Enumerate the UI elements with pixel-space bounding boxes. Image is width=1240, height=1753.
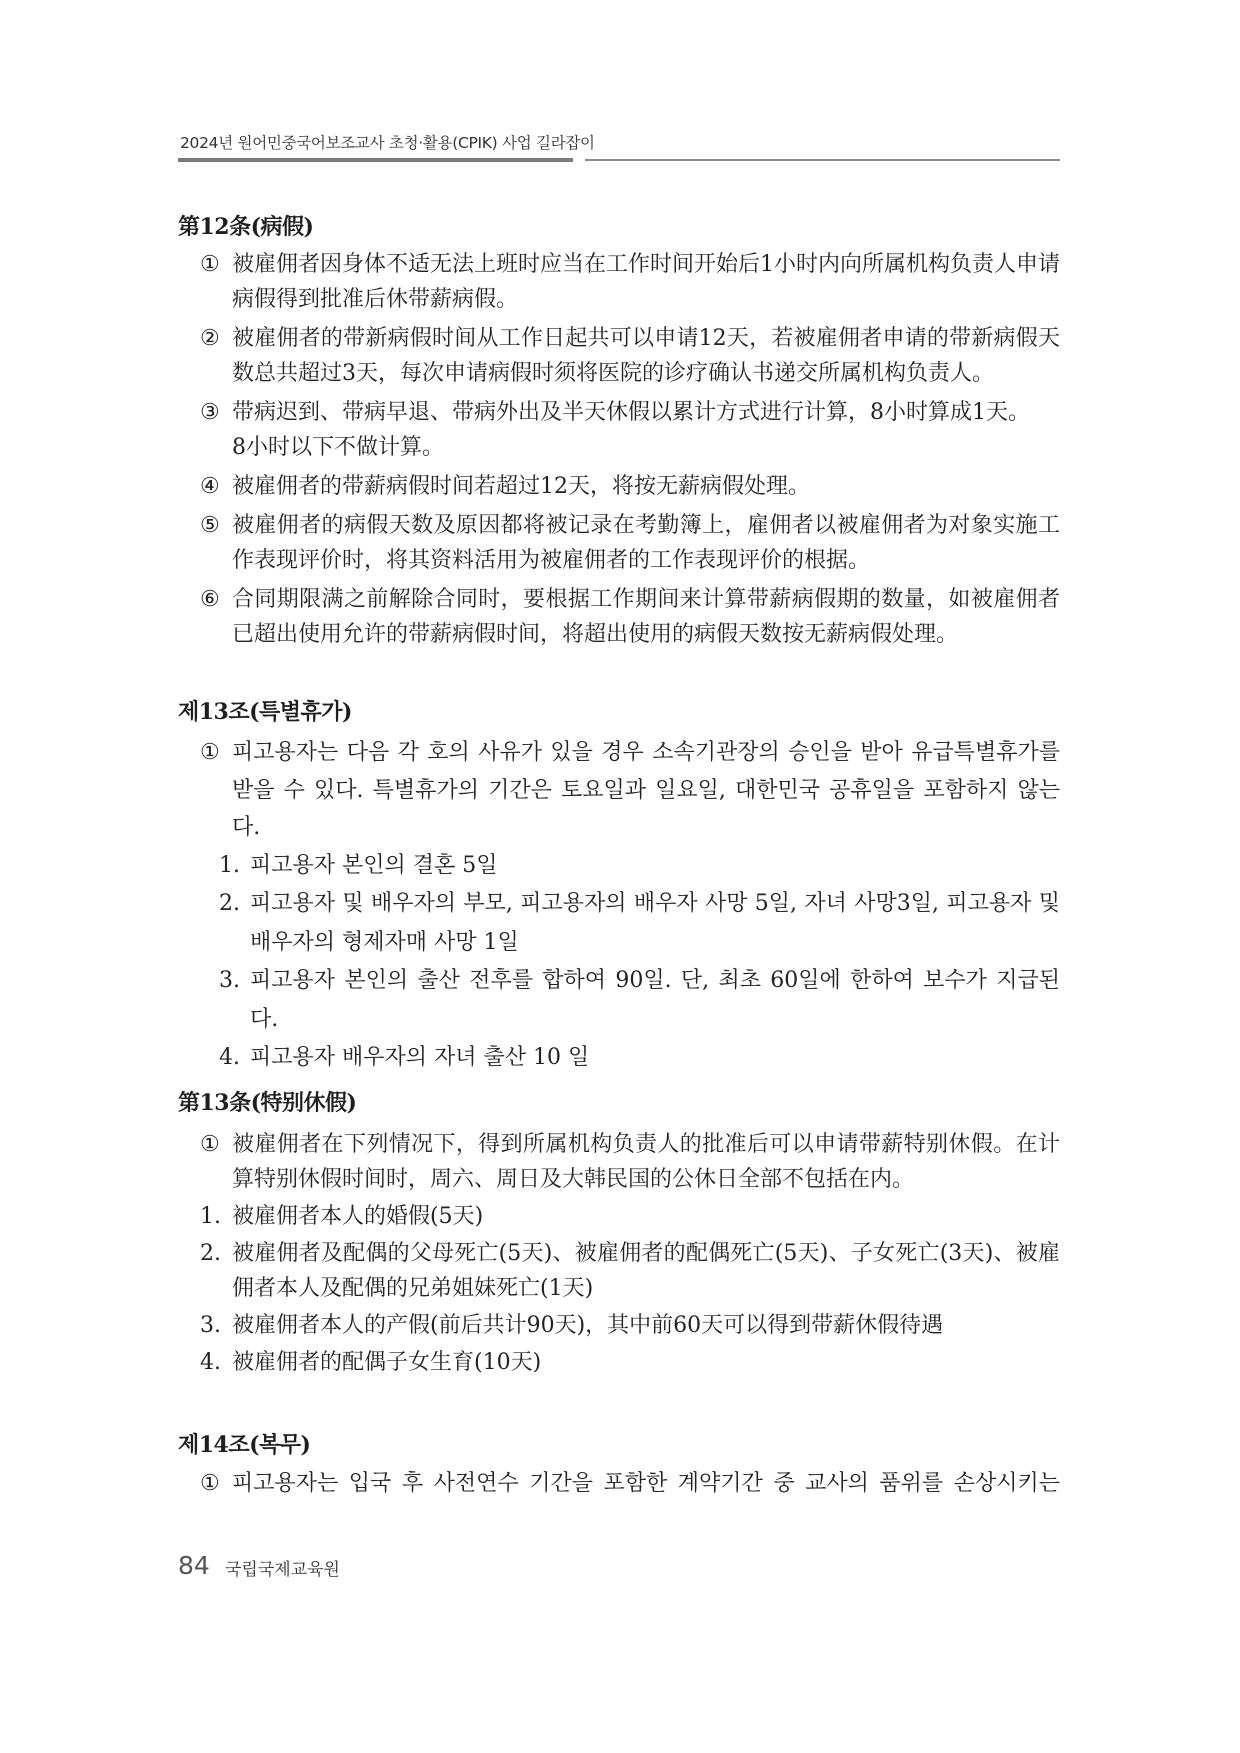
sub-item-marker: 3. <box>200 1308 221 1343</box>
clause-marker: ② <box>200 321 220 356</box>
running-header-title: 2024년 원어민중국어보조교사 초청·활용(CPIK) 사업 길라잡이 <box>180 131 595 153</box>
clause-marker: ① <box>200 247 220 282</box>
article-heading: 第12条(病假) <box>178 209 1060 245</box>
clause-marker: ① <box>200 1127 220 1162</box>
sub-item-text: 피고용자 및 배우자의 부모, 피고용자의 배우자 사망 5일, 자녀 사망3일… <box>250 891 1060 955</box>
sub-item-marker: 2. <box>200 1236 221 1271</box>
sub-item: 3. 피고용자 본인의 출산 전후를 합하여 90일. 단, 최초 60일에 한… <box>178 962 1060 1039</box>
sub-item-marker: 4. <box>200 1345 221 1380</box>
clause-text: 被雇佣者的带薪病假时间若超过12天，将按无薪病假处理。 <box>232 474 810 499</box>
clause-item: ① 被雇佣者在下列情况下，得到所属机构负责人的批准后可以申请带薪特别休假。在计算… <box>178 1127 1060 1197</box>
clause-item: ① 被雇佣者因身体不适无法上班时应当在工作时间开始后1小时内向所属机构负责人申请… <box>178 247 1060 317</box>
clause-item: ① 피고용자는 다음 각 호의 사유가 있을 경우 소속기관장의 승인을 받아 … <box>178 734 1060 847</box>
page-number: 84 <box>178 1551 210 1580</box>
clause-text: 合同期限满之前解除合同时，要根据工作期间来计算带薪病假期的数量，如被雇佣者已超出… <box>232 587 1060 647</box>
sub-item-text: 피고용자 배우자의 자녀 출산 10 일 <box>250 1045 589 1070</box>
sub-item-marker: 2. <box>219 885 240 924</box>
article-12-zh: 第12条(病假) ① 被雇佣者因身体不适无法上班时应当在工作时间开始后1小时内向… <box>178 209 1060 652</box>
sub-item: 2. 피고용자 및 배우자의 부모, 피고용자의 배우자 사망 5일, 자녀 사… <box>178 885 1060 962</box>
clause-item: ⑤ 被雇佣者的病假天数及原因都将被记录在考勤簿上，雇佣者以被雇佣者为对象实施工作… <box>178 508 1060 578</box>
clause-text: 被雇佣者因身体不适无法上班时应当在工作时间开始后1小时内向所属机构负责人申请病假… <box>232 252 1060 312</box>
sub-item-text: 피고용자 본인의 출산 전후를 합하여 90일. 단, 최초 60일에 한하여 … <box>250 968 1060 1032</box>
sub-item-marker: 1. <box>219 847 240 886</box>
sub-item-marker: 4. <box>219 1039 240 1078</box>
article-13-ko: 제13조(특별휴가) ① 피고용자는 다음 각 호의 사유가 있을 경우 소속기… <box>178 693 1060 1078</box>
sub-item: 3. 被雇佣者本人的产假(前后共计90天)，其中前60天可以得到带薪休假待遇 <box>178 1308 1060 1343</box>
clause-item: ⑥ 合同期限满之前解除合同时，要根据工作期间来计算带薪病假期的数量，如被雇佣者已… <box>178 582 1060 652</box>
publisher-name: 국립국제교육원 <box>225 1555 340 1580</box>
clause-item: ① 피고용자는 입국 후 사전연수 기간을 포함한 계약기간 중 교사의 품위를… <box>178 1465 1060 1504</box>
clause-marker: ⑥ <box>200 582 220 617</box>
clause-text: 피고용자는 입국 후 사전연수 기간을 포함한 계약기간 중 교사의 품위를 손… <box>232 1471 1060 1496</box>
sub-item-text: 피고용자 본인의 결혼 5일 <box>250 853 498 878</box>
clause-marker: ① <box>200 734 220 772</box>
clause-text: 带病迟到、带病早退、带病外出及半天休假以累计方式进行计算，8小时算成1天。 <box>232 400 1030 425</box>
clause-item: ② 被雇佣者的带新病假时间从工作日起共可以申请12天，若被雇佣者申请的带新病假天… <box>178 321 1060 391</box>
header-rule-thick <box>178 158 573 162</box>
sub-item-text: 被雇佣者及配偶的父母死亡(5天)、被雇佣者的配偶死亡(5天)、子女死亡(3天)、… <box>232 1241 1060 1301</box>
clause-text: 피고용자는 다음 각 호의 사유가 있을 경우 소속기관장의 승인을 받아 유급… <box>232 740 1060 840</box>
clause-text: 被雇佣者的带新病假时间从工作日起共可以申请12天，若被雇佣者申请的带新病假天数总… <box>232 326 1060 386</box>
sub-item-text: 被雇佣者本人的婚假(5天) <box>232 1204 483 1229</box>
document-page: 2024년 원어민중국어보조교사 초청·활용(CPIK) 사업 길라잡이 第12… <box>0 0 1240 1753</box>
header-rule-thin <box>585 159 1060 161</box>
sub-item-text: 被雇佣者的配偶子女生育(10天) <box>232 1350 541 1375</box>
clause-marker: ⑤ <box>200 508 220 543</box>
article-heading: 제14조(복무) <box>178 1426 1060 1464</box>
clause-marker: ① <box>200 1465 220 1504</box>
clause-marker: ③ <box>200 395 220 430</box>
sub-item: 1. 피고용자 본인의 결혼 5일 <box>178 847 1060 886</box>
sub-item-marker: 1. <box>200 1199 221 1234</box>
clause-item: ④ 被雇佣者的带薪病假时间若超过12天，将按无薪病假处理。 <box>178 469 1060 504</box>
article-13-zh: 第13条(特别休假) ① 被雇佣者在下列情况下，得到所属机构负责人的批准后可以申… <box>178 1085 1060 1380</box>
article-14-ko: 제14조(복무) ① 피고용자는 입국 후 사전연수 기간을 포함한 계약기간 … <box>178 1426 1060 1504</box>
clause-item: ③ 带病迟到、带病早退、带病外出及半天休假以累计方式进行计算，8小时算成1天。 … <box>178 395 1060 465</box>
clause-text: 被雇佣者在下列情况下，得到所属机构负责人的批准后可以申请带薪特别休假。在计算特别… <box>232 1132 1060 1192</box>
sub-item: 2. 被雇佣者及配偶的父母死亡(5天)、被雇佣者的配偶死亡(5天)、子女死亡(3… <box>178 1236 1060 1306</box>
sub-item-marker: 3. <box>219 962 240 1001</box>
sub-item: 4. 被雇佣者的配偶子女生育(10天) <box>178 1345 1060 1380</box>
article-heading: 第13条(特别休假) <box>178 1085 1060 1121</box>
article-heading: 제13조(특별휴가) <box>178 693 1060 731</box>
sub-item: 4. 피고용자 배우자의 자녀 출산 10 일 <box>178 1039 1060 1078</box>
sub-item-text: 被雇佣者本人的产假(前后共计90天)，其中前60天可以得到带薪休假待遇 <box>232 1313 943 1338</box>
clause-text: 被雇佣者的病假天数及原因都将被记录在考勤簿上，雇佣者以被雇佣者为对象实施工作表现… <box>232 513 1060 573</box>
clause-text-continuation: 8小时以下不做计算。 <box>232 435 444 460</box>
clause-marker: ④ <box>200 469 220 504</box>
sub-item: 1. 被雇佣者本人的婚假(5天) <box>178 1199 1060 1234</box>
